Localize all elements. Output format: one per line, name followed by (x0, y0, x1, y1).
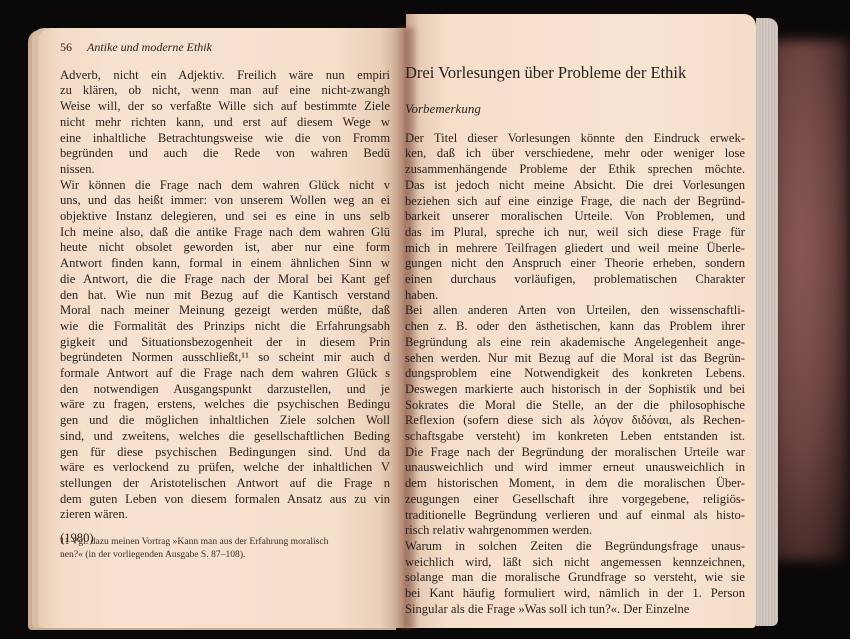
text-line: ken, daß ich über verschiedene, mehr ode… (405, 146, 745, 162)
blurred-hand (770, 40, 850, 560)
text-line: zeugungen einer Gesellschaft ihre vorgeg… (405, 492, 745, 508)
page-number: 56 (60, 40, 72, 54)
right-body: Der Titel dieser Vorlesungen könnte den … (405, 131, 745, 618)
text-line: begründeten Normen ausschließt,¹¹ so sch… (60, 350, 390, 366)
text-line: uns, und das heißt immer: von unserem Wo… (60, 193, 390, 209)
text-line: wäre es verlockend zu prüfen, welche der… (60, 460, 390, 476)
text-line: das im Plural, spreche ich nur, weil sic… (405, 225, 745, 241)
running-head-title: Antike und moderne Ethik (87, 40, 212, 54)
text-line: stellungen der Aristotelischen Antwort a… (60, 476, 390, 492)
text-line: Antwort finden kann, formal in einem ähn… (60, 256, 390, 272)
text-line: Adverb, nicht ein Adjektiv. Freilich wär… (60, 68, 390, 84)
text-line: mich in mehrere Teilfragen gliedert und … (405, 241, 745, 257)
text-line: sind, und zweitens, welches die gesellsc… (60, 429, 390, 445)
text-line: wie die Formalität des Prinzips nicht di… (60, 319, 390, 335)
text-line: haben. (405, 288, 745, 304)
text-line: sehen werden. Nur mit Bezug auf die Mora… (405, 351, 745, 367)
footnote: 11 Vgl. dazu meinen Vortrag »Kann man au… (60, 536, 390, 561)
text-line: den notwendigen Ausgangspunkt darzustell… (60, 382, 390, 398)
text-line: schaftsgabe versteht) im konkreten Leben… (405, 429, 745, 445)
text-line: barkeit unserer moralischen Urteile. Von… (405, 209, 745, 225)
footnote-line: nen?« (in der vorliegenden Ausgabe S. 87… (60, 549, 390, 562)
text-line: wäre zu fragen, erstens, welches die psy… (60, 397, 390, 413)
text-line: den hat. Wie nun mit Bezug auf die Kanti… (60, 288, 390, 304)
text-line: heute nicht obsolet geworden ist, aber n… (60, 240, 390, 256)
text-line: Bei allen anderen Arten von Urteilen, de… (405, 303, 745, 319)
text-line: Singular als die Frage »Was soll ich tun… (405, 602, 745, 618)
text-line: Moral nach meiner Meinung gezeigt werden… (60, 303, 390, 319)
text-line: Reflexion (sofern diese sich als λόγον δ… (405, 413, 745, 429)
text-line: risch relativ wahrgenommen werden. (405, 523, 745, 539)
text-line: begründen und auch die Rede von wahren B… (60, 146, 390, 162)
text-line: bei Kant häufig formuliert wird, nämlich… (405, 586, 745, 602)
text-line: gen und die möglichen inhaltlichen Ziele… (60, 413, 390, 429)
right-page-text: Drei Vorlesungen über Probleme der Ethik… (405, 63, 745, 618)
section-title: Vorbemerkung (405, 101, 745, 117)
text-line: zu klären, ob nicht, wenn man auf eine n… (60, 83, 390, 99)
chapter-title: Drei Vorlesungen über Probleme der Ethik (405, 63, 745, 83)
text-line: gigkeit und Situationsbezogenheit der in… (60, 335, 390, 351)
text-line: Deswegen markierte auch historisch in de… (405, 382, 745, 398)
text-line: Der Titel dieser Vorlesungen könnte den … (405, 131, 745, 147)
text-line: gungen nicht den Anspruch einer Theorie … (405, 256, 745, 272)
text-line: Weise will, der so verfaßte Wille sich a… (60, 99, 390, 115)
text-line: nissen. (60, 162, 390, 178)
text-line: die Antwort, die die Frage nach der Mora… (60, 272, 390, 288)
text-line: Sokrates die Moral die Stelle, an der di… (405, 398, 745, 414)
text-line: Die Frage nach der Begründung der morali… (405, 445, 745, 461)
text-line: dem historischen Moment, in dem die mora… (405, 476, 745, 492)
text-line: Ich meine also, daß die antike Frage nac… (60, 225, 390, 241)
text-line: dem guten Leben von diesem formalen Ansa… (60, 492, 390, 508)
left-page-text: 56 Antike und moderne Ethik Adverb, nich… (60, 40, 390, 547)
page-edges (756, 18, 778, 626)
text-line: nicht mehr richten kann, und erst auf di… (60, 115, 390, 131)
text-line: beziehen sich auf eine einzige Frage, di… (405, 194, 745, 210)
footnote-line: 11 Vgl. dazu meinen Vortrag »Kann man au… (60, 536, 390, 549)
text-line: Das ist jedoch nicht meine Absicht. Die … (405, 178, 745, 194)
text-line: formale Antwort auf die Frage nach dem w… (60, 366, 390, 382)
text-line: solange man die moralische Grundfrage so… (405, 570, 745, 586)
text-line: objektive Instanz delegieren, und sei es… (60, 209, 390, 225)
text-line: dungsproblem eine Notwendigkeit des konk… (405, 366, 745, 382)
running-head: 56 Antike und moderne Ethik (60, 40, 390, 56)
text-line: Warum in solchen Zeiten die Begründungsf… (405, 539, 745, 555)
text-line: weichlich wird, läßt sich nicht angemess… (405, 555, 745, 571)
text-line: chen z. B. oder den ästhetischen, kann d… (405, 319, 745, 335)
text-line: Begründung als eine rein akademische Ang… (405, 335, 745, 351)
text-line: zusammenhängende Probleme der Ethik spre… (405, 162, 745, 178)
text-line: Wir können die Frage nach dem wahren Glü… (60, 178, 390, 194)
text-line: traditionelle Begründung verlieren und a… (405, 508, 745, 524)
text-line: eine inhaltliche Betrachtungsweise wie d… (60, 131, 390, 147)
text-line: zieren wären. (60, 507, 390, 523)
text-line: gen für diese psychischen Bedingungen si… (60, 445, 390, 461)
left-body: Adverb, nicht ein Adjektiv. Freilich wär… (60, 68, 390, 523)
text-line: unausweichlich und wird immer erneut una… (405, 460, 745, 476)
text-line: einen durchaus vorläufigen, problematisc… (405, 272, 745, 288)
